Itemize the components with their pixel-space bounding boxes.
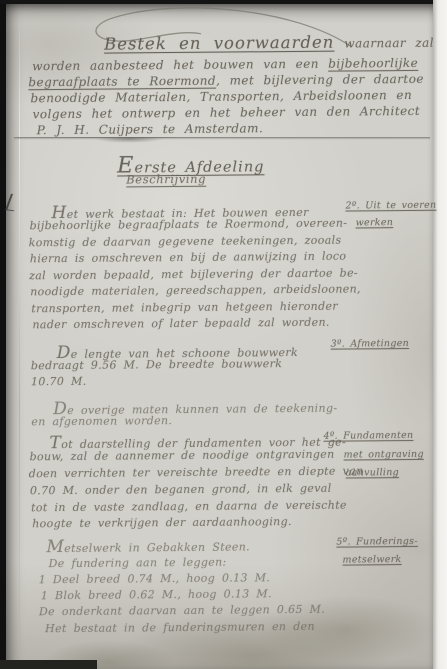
margin-note: metselwerk [342, 554, 401, 566]
margin-note: aanvulling [346, 467, 399, 478]
scan-edge-bottom-left [0, 660, 97, 669]
document-page: Bestek en voorwaardenwaarnaar zal worden… [6, 4, 433, 669]
paragraph-line: tot in de vaste zandlaag, en daarna de v… [31, 499, 347, 515]
header-line-2: worden aanbesteed het bouwen van een bij… [32, 56, 418, 73]
paragraph-line: De fundering aan te leggen: [49, 556, 227, 571]
paragraph-line: hoogte te verkrijgen der aardaanhooging. [32, 515, 292, 530]
header-underlined-text: bijbehoorlijke [328, 56, 418, 71]
handwritten-ink-layer: Bestek en voorwaardenwaarnaar zal worden… [4, 2, 437, 669]
header-text: worden aanbesteed het bouwen van een [32, 57, 328, 74]
header-text: , met bijlevering der daartoe [216, 72, 424, 88]
paragraph-line: doen verrichten ter vereischte breedte e… [29, 464, 364, 480]
paragraph-line: en afgenomen worden. [31, 414, 172, 428]
paragraph-line: Metselwerk in Gebakken Steen. [46, 535, 250, 557]
paragraph-line: De onderkant daarvan aan te leggen 0.65 … [39, 603, 325, 618]
margin-note: met ontgraving [344, 449, 424, 461]
margin-note: 5º. Funderings- [336, 536, 418, 548]
paragraph-line: transporten, met inbegrip van hetgeen hi… [31, 300, 338, 316]
paragraph-line: noodigde materialen, gereedschappen, arb… [30, 282, 361, 298]
paragraph-line: zal worden bepaald, met bijlevering der … [29, 266, 358, 282]
architect-signature-line: P. J. H. Cuijpers te Amsterdam. [37, 121, 264, 137]
paragraph-line: 0.70 M. onder den beganen grond, in elk … [30, 482, 332, 498]
margin-note: werken [356, 217, 394, 228]
scanned-document-photo: { "colors": { "paper": "#d2d0ca", "ink":… [0, 0, 447, 669]
header-line-3: begraafplaats te Roermond, met bijleveri… [28, 72, 424, 89]
paragraph-line: komstig de daarvan gegevene teekeningen,… [29, 234, 342, 250]
header-line-1: Bestek en voorwaardenwaarnaar zal [104, 32, 434, 54]
margin-note: 4º. Fundamenten [323, 430, 413, 442]
section-subheading: Beschrijving [126, 172, 206, 187]
paragraph-line: 1 Deel breed 0.74 M., hoog 0.13 M. [39, 571, 271, 586]
paragraph-line: bedraagt 9.56 M. De breedte bouwwerk [31, 357, 283, 372]
paragraph-line: Het bestaat in de funderingsmuren en den [45, 620, 315, 635]
margin-note: 2º. Uit te voeren [345, 200, 436, 212]
paragraph-line: nader omschreven of later bepaald zal wo… [32, 316, 329, 332]
document-title: Bestek en voorwaarden [104, 33, 335, 54]
paragraph-line: 1 Blok breed 0.62 M., hoog 0.13 M. [41, 587, 272, 602]
paragraph-line: hierna is omschreven en bij de aanwijzin… [30, 250, 347, 266]
paragraph-line: bijbehoorlijke begraafplaats te Roermond… [30, 217, 348, 233]
paragraph-line: bouw, zal de aannemer de noodige ontgrav… [30, 448, 335, 464]
title-tail: waarnaar zal [344, 36, 434, 51]
margin-note: 3º. Afmetingen [331, 338, 409, 350]
header-line-4: benoodigde Materialen, Transporten, Arbe… [30, 88, 412, 105]
header-underlined-text: begraafplaats te Roermond [28, 74, 216, 90]
paragraph-line: 10.70 M. [31, 375, 87, 388]
header-line-5: volgens het ontwerp en het beheer van de… [33, 104, 421, 121]
